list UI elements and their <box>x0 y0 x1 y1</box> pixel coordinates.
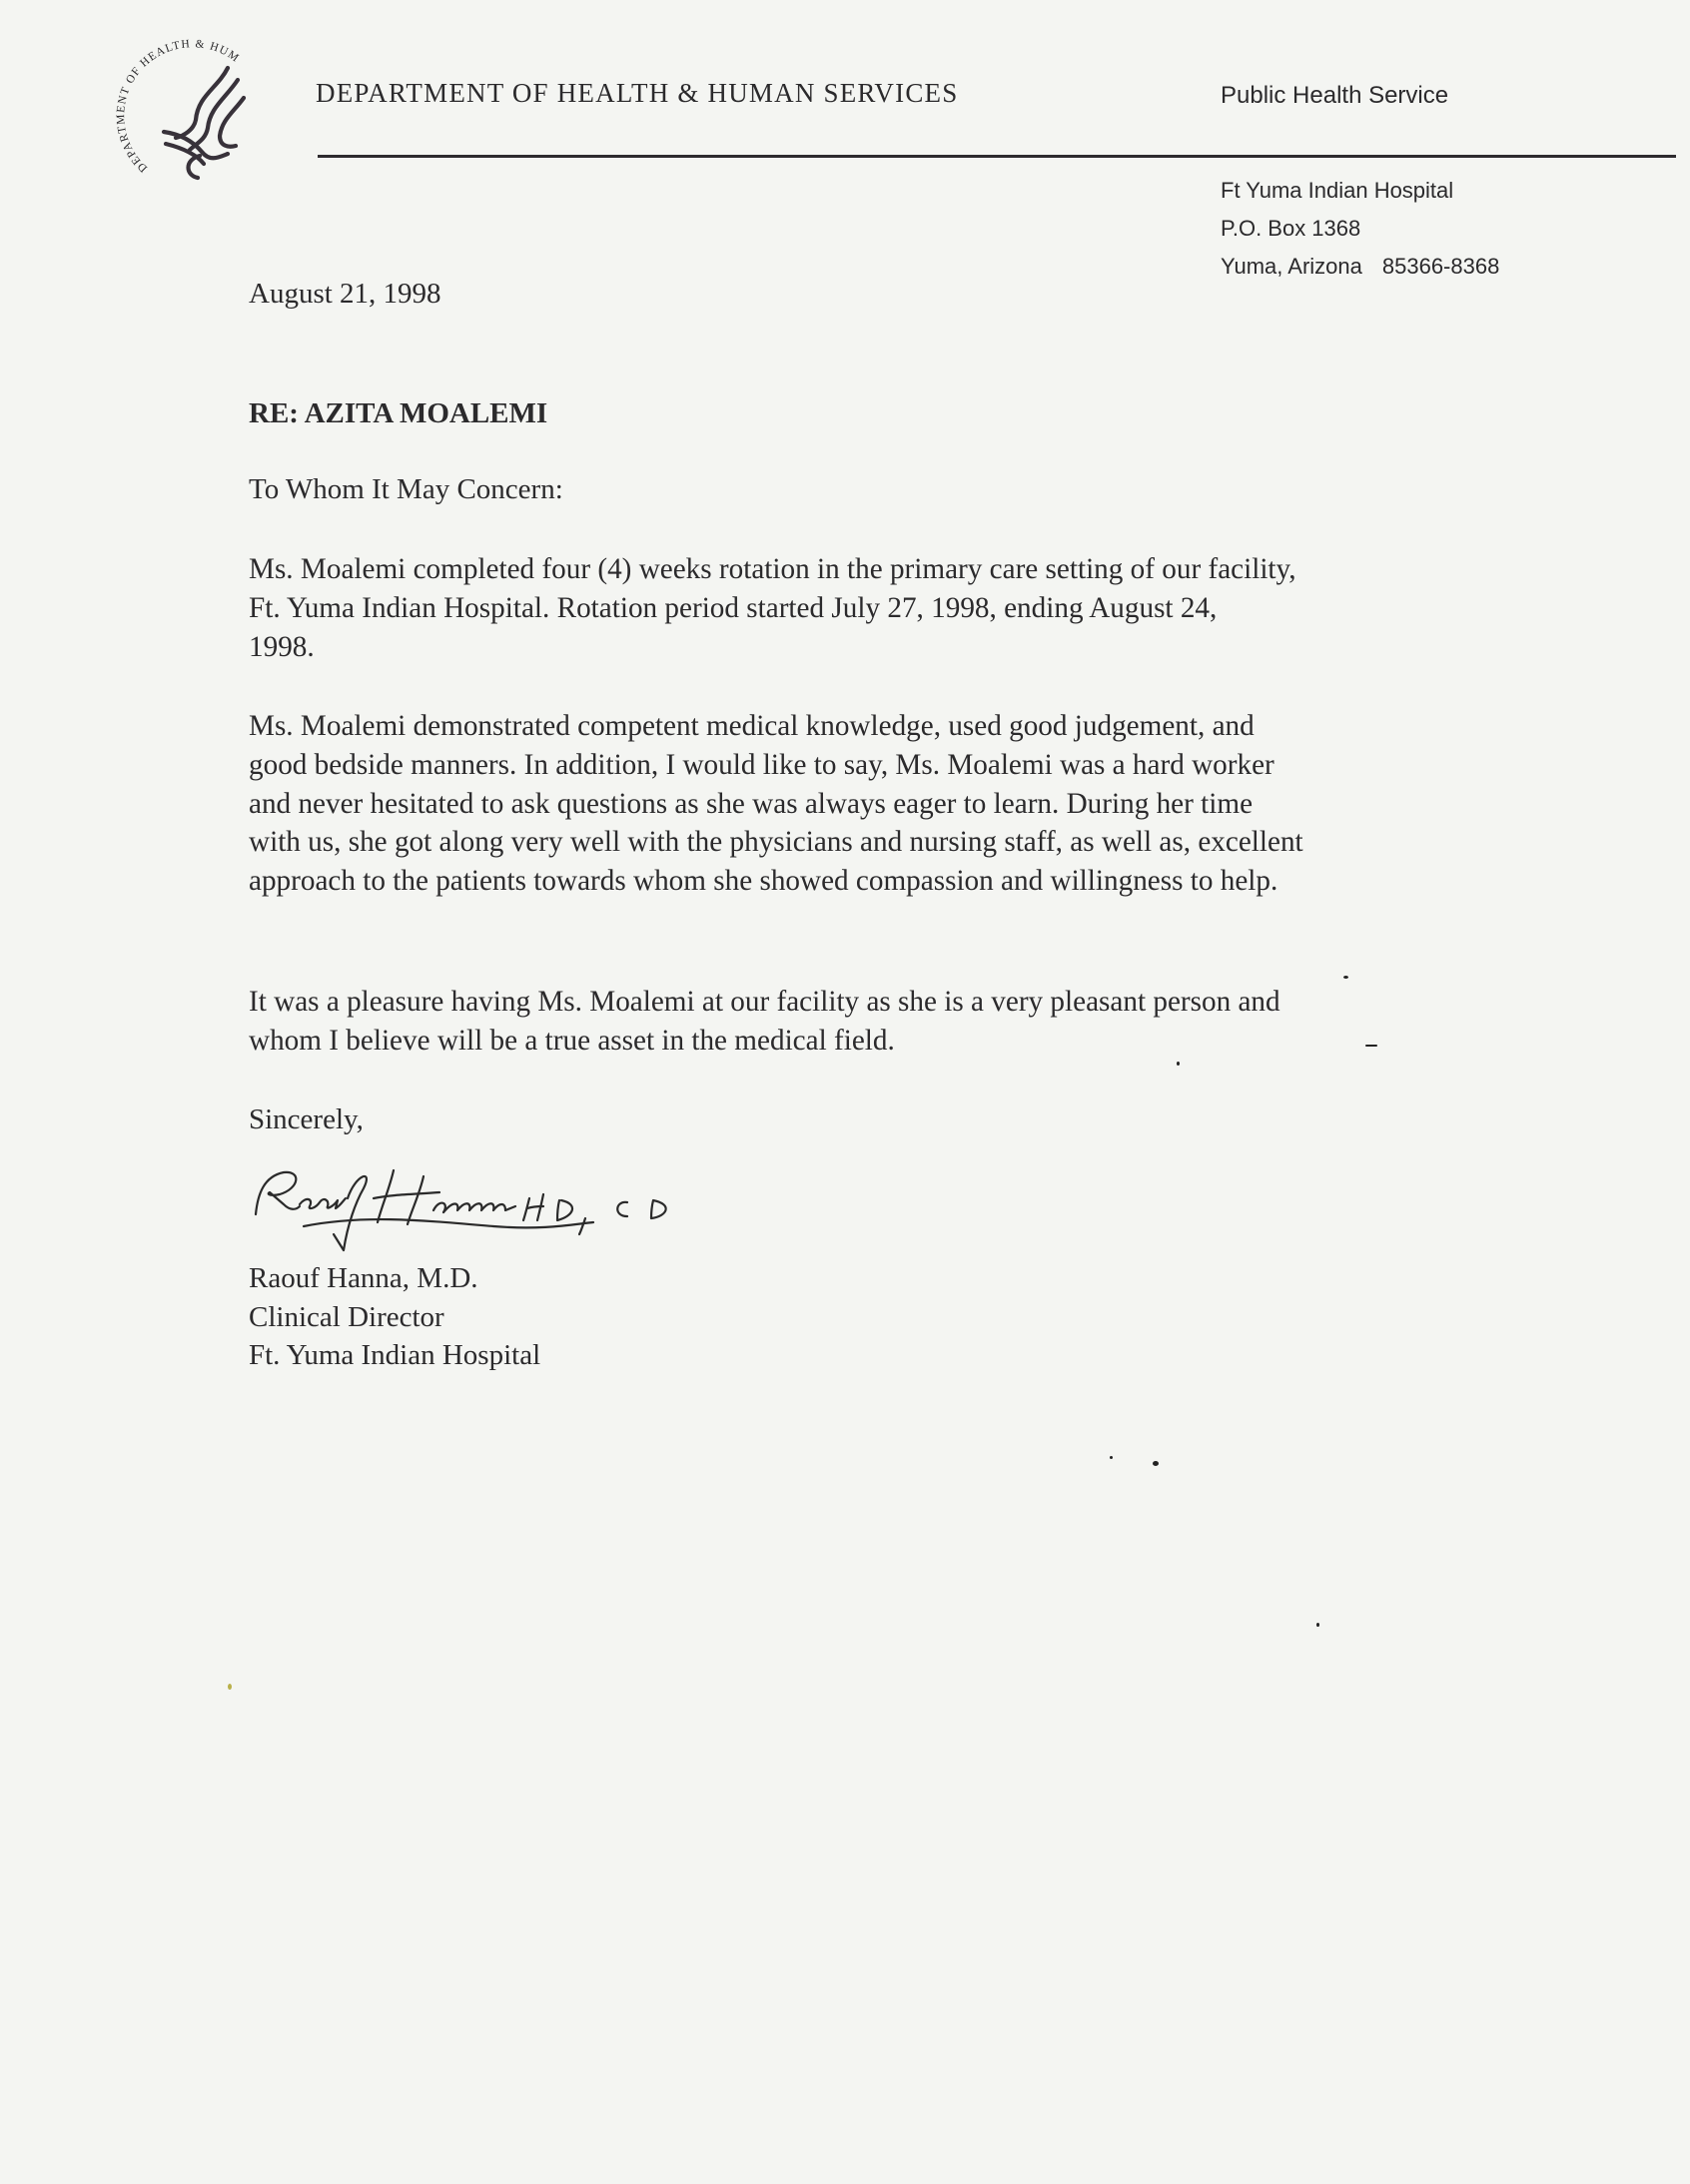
scan-speck <box>1316 1623 1319 1627</box>
paragraph-line: with us, she got along very well with th… <box>249 823 1303 862</box>
signer-title: Clinical Director <box>249 1298 540 1337</box>
address-line-2: P.O. Box 1368 <box>1221 210 1499 248</box>
agency-name: DEPARTMENT OF HEALTH & HUMAN SERVICES <box>316 78 958 109</box>
paragraph-line: approach to the patients towards whom sh… <box>249 862 1303 901</box>
address-city-state: Yuma, Arizona <box>1221 254 1362 279</box>
paragraph-line: Ms. Moalemi demonstrated competent medic… <box>249 707 1303 746</box>
closing: Sincerely, <box>249 1103 364 1136</box>
paragraph-line: good bedside manners. In addition, I wou… <box>249 746 1303 785</box>
address-line-1: Ft Yuma Indian Hospital <box>1221 172 1499 210</box>
address-line-3: Yuma, Arizona85366-8368 <box>1221 248 1499 286</box>
scan-speck <box>1110 1456 1113 1459</box>
salutation: To Whom It May Concern: <box>249 473 563 506</box>
paragraph-1: Ms. Moalemi completed four (4) weeks rot… <box>249 550 1296 666</box>
signer-name: Raouf Hanna, M.D. <box>249 1259 540 1298</box>
paragraph-line: 1998. <box>249 628 1296 667</box>
paragraph-line: Ms. Moalemi completed four (4) weeks rot… <box>249 550 1296 589</box>
letter-date: August 21, 1998 <box>249 278 441 311</box>
scan-speck <box>1343 976 1348 979</box>
scan-speck <box>1177 1062 1180 1066</box>
signer-organization: Ft. Yuma Indian Hospital <box>249 1336 540 1375</box>
paragraph-line: and never hesitated to ask questions as … <box>249 785 1303 824</box>
scan-speck <box>228 1684 232 1690</box>
letter-subject: RE: AZITA MOALEMI <box>249 397 547 430</box>
paragraph-2: Ms. Moalemi demonstrated competent medic… <box>249 707 1303 901</box>
scan-speck <box>1153 1461 1159 1466</box>
scan-speck <box>1365 1045 1377 1047</box>
handwritten-signature: Raouf Hanna MD, CD <box>244 1154 723 1264</box>
return-address: Ft Yuma Indian Hospital P.O. Box 1368 Yu… <box>1221 172 1499 286</box>
division-name: Public Health Service <box>1221 82 1448 110</box>
address-zip: 85366-8368 <box>1382 254 1499 279</box>
hhs-eagle-seal-icon: DEPARTMENT OF HEALTH & HUMAN SERVICES · … <box>100 28 264 192</box>
paragraph-line: Ft. Yuma Indian Hospital. Rotation perio… <box>249 589 1296 628</box>
paragraph-line: whom I believe will be a true asset in t… <box>249 1022 1280 1061</box>
letterhead-rule <box>318 155 1676 158</box>
signature-block: Raouf Hanna, M.D. Clinical Director Ft. … <box>249 1259 540 1375</box>
paragraph-line: It was a pleasure having Ms. Moalemi at … <box>249 983 1280 1022</box>
paragraph-3: It was a pleasure having Ms. Moalemi at … <box>249 983 1280 1061</box>
